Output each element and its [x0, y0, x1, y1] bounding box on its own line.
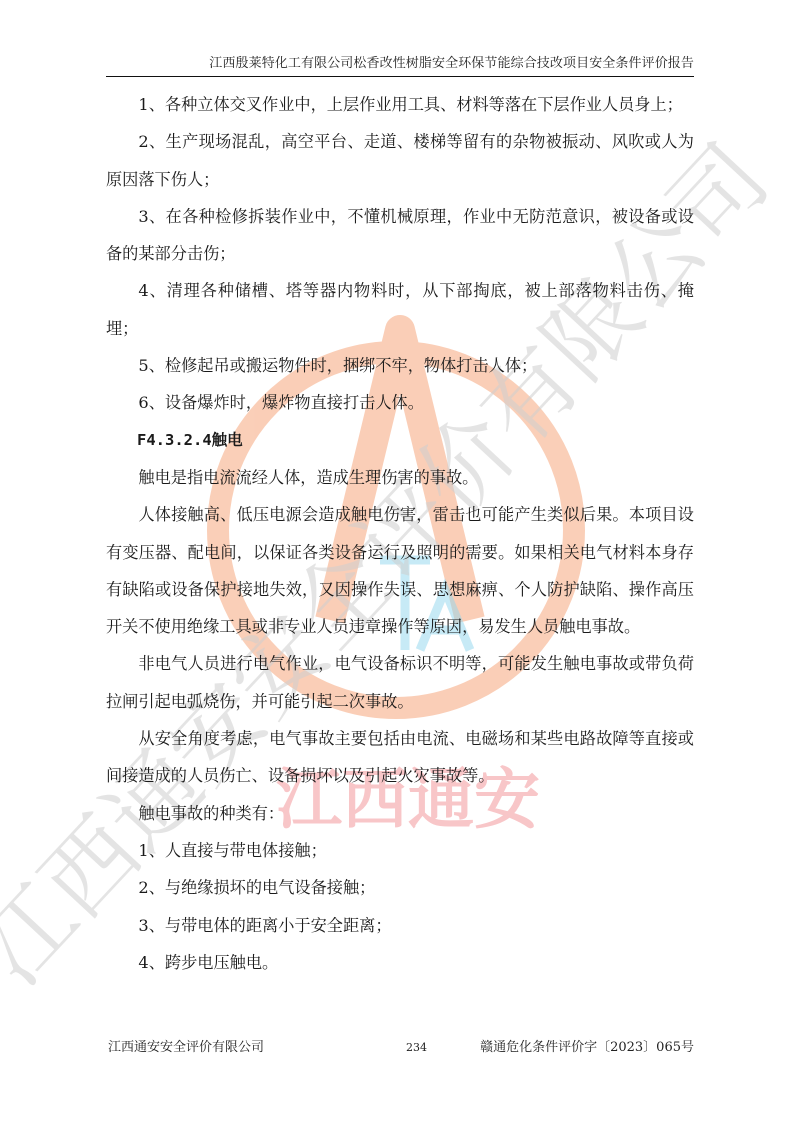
paragraph: 非电气人员进行电气作业，电气设备标识不明等，可能发生触电事故或带负荷拉闸引起电弧…	[106, 645, 694, 720]
list-item: 1、人直接与带电体接触；	[106, 832, 694, 869]
list-item: 3、在各种检修拆装作业中，不懂机械原理，作业中无防范意识，被设备或设备的某部分击…	[106, 198, 694, 273]
footer-company: 江西通安安全评价有限公司	[108, 1040, 264, 1056]
paragraph: 触电事故的种类有：	[106, 795, 694, 832]
section-title: 触电	[212, 431, 243, 449]
paragraph: 人体接触高、低压电源会造成触电伤害，雷击也可能产生类似后果。本项目设有变压器、配…	[106, 496, 694, 645]
list-item: 4、跨步电压触电。	[106, 944, 694, 981]
footer-doc-number: 赣通危化条件评价字〔2023〕065号	[480, 1040, 694, 1056]
section-number: F4.3.2.4	[137, 431, 212, 449]
list-item: 5、检修起吊或搬运物件时，捆绑不牢，物体打击人体；	[106, 347, 694, 384]
list-item: 2、与绝缘损坏的电气设备接触；	[106, 869, 694, 906]
list-item: 1、各种立体交叉作业中，上层作业用工具、材料等落在下层作业人员身上；	[106, 86, 694, 123]
list-item: 4、清理各种储槽、塔等器内物料时，从下部掏底，被上部落物料击伤、掩埋；	[106, 272, 694, 347]
page-number: 234	[406, 1040, 427, 1056]
list-item: 6、设备爆炸时，爆炸物直接打击人体。	[106, 384, 694, 421]
page-header: 江西殷莱特化工有限公司松香改性树脂安全环保节能综合技改项目安全条件评价报告	[106, 56, 694, 77]
list-item: 3、与带电体的距离小于安全距离；	[106, 907, 694, 944]
paragraph: 触电是指电流流经人体，造成生理伤害的事故。	[106, 459, 694, 496]
list-item: 2、生产现场混乱，高空平台、走道、楼梯等留有的杂物被振动、风吹或人为原因落下伤人…	[106, 123, 694, 198]
paragraph: 从安全角度考虑，电气事故主要包括由电流、电磁场和某些电路故障等直接或间接造成的人…	[106, 720, 694, 795]
section-heading: F4.3.2.4触电	[106, 422, 694, 459]
document-body: 1、各种立体交叉作业中，上层作业用工具、材料等落在下层作业人员身上； 2、生产现…	[106, 86, 694, 981]
